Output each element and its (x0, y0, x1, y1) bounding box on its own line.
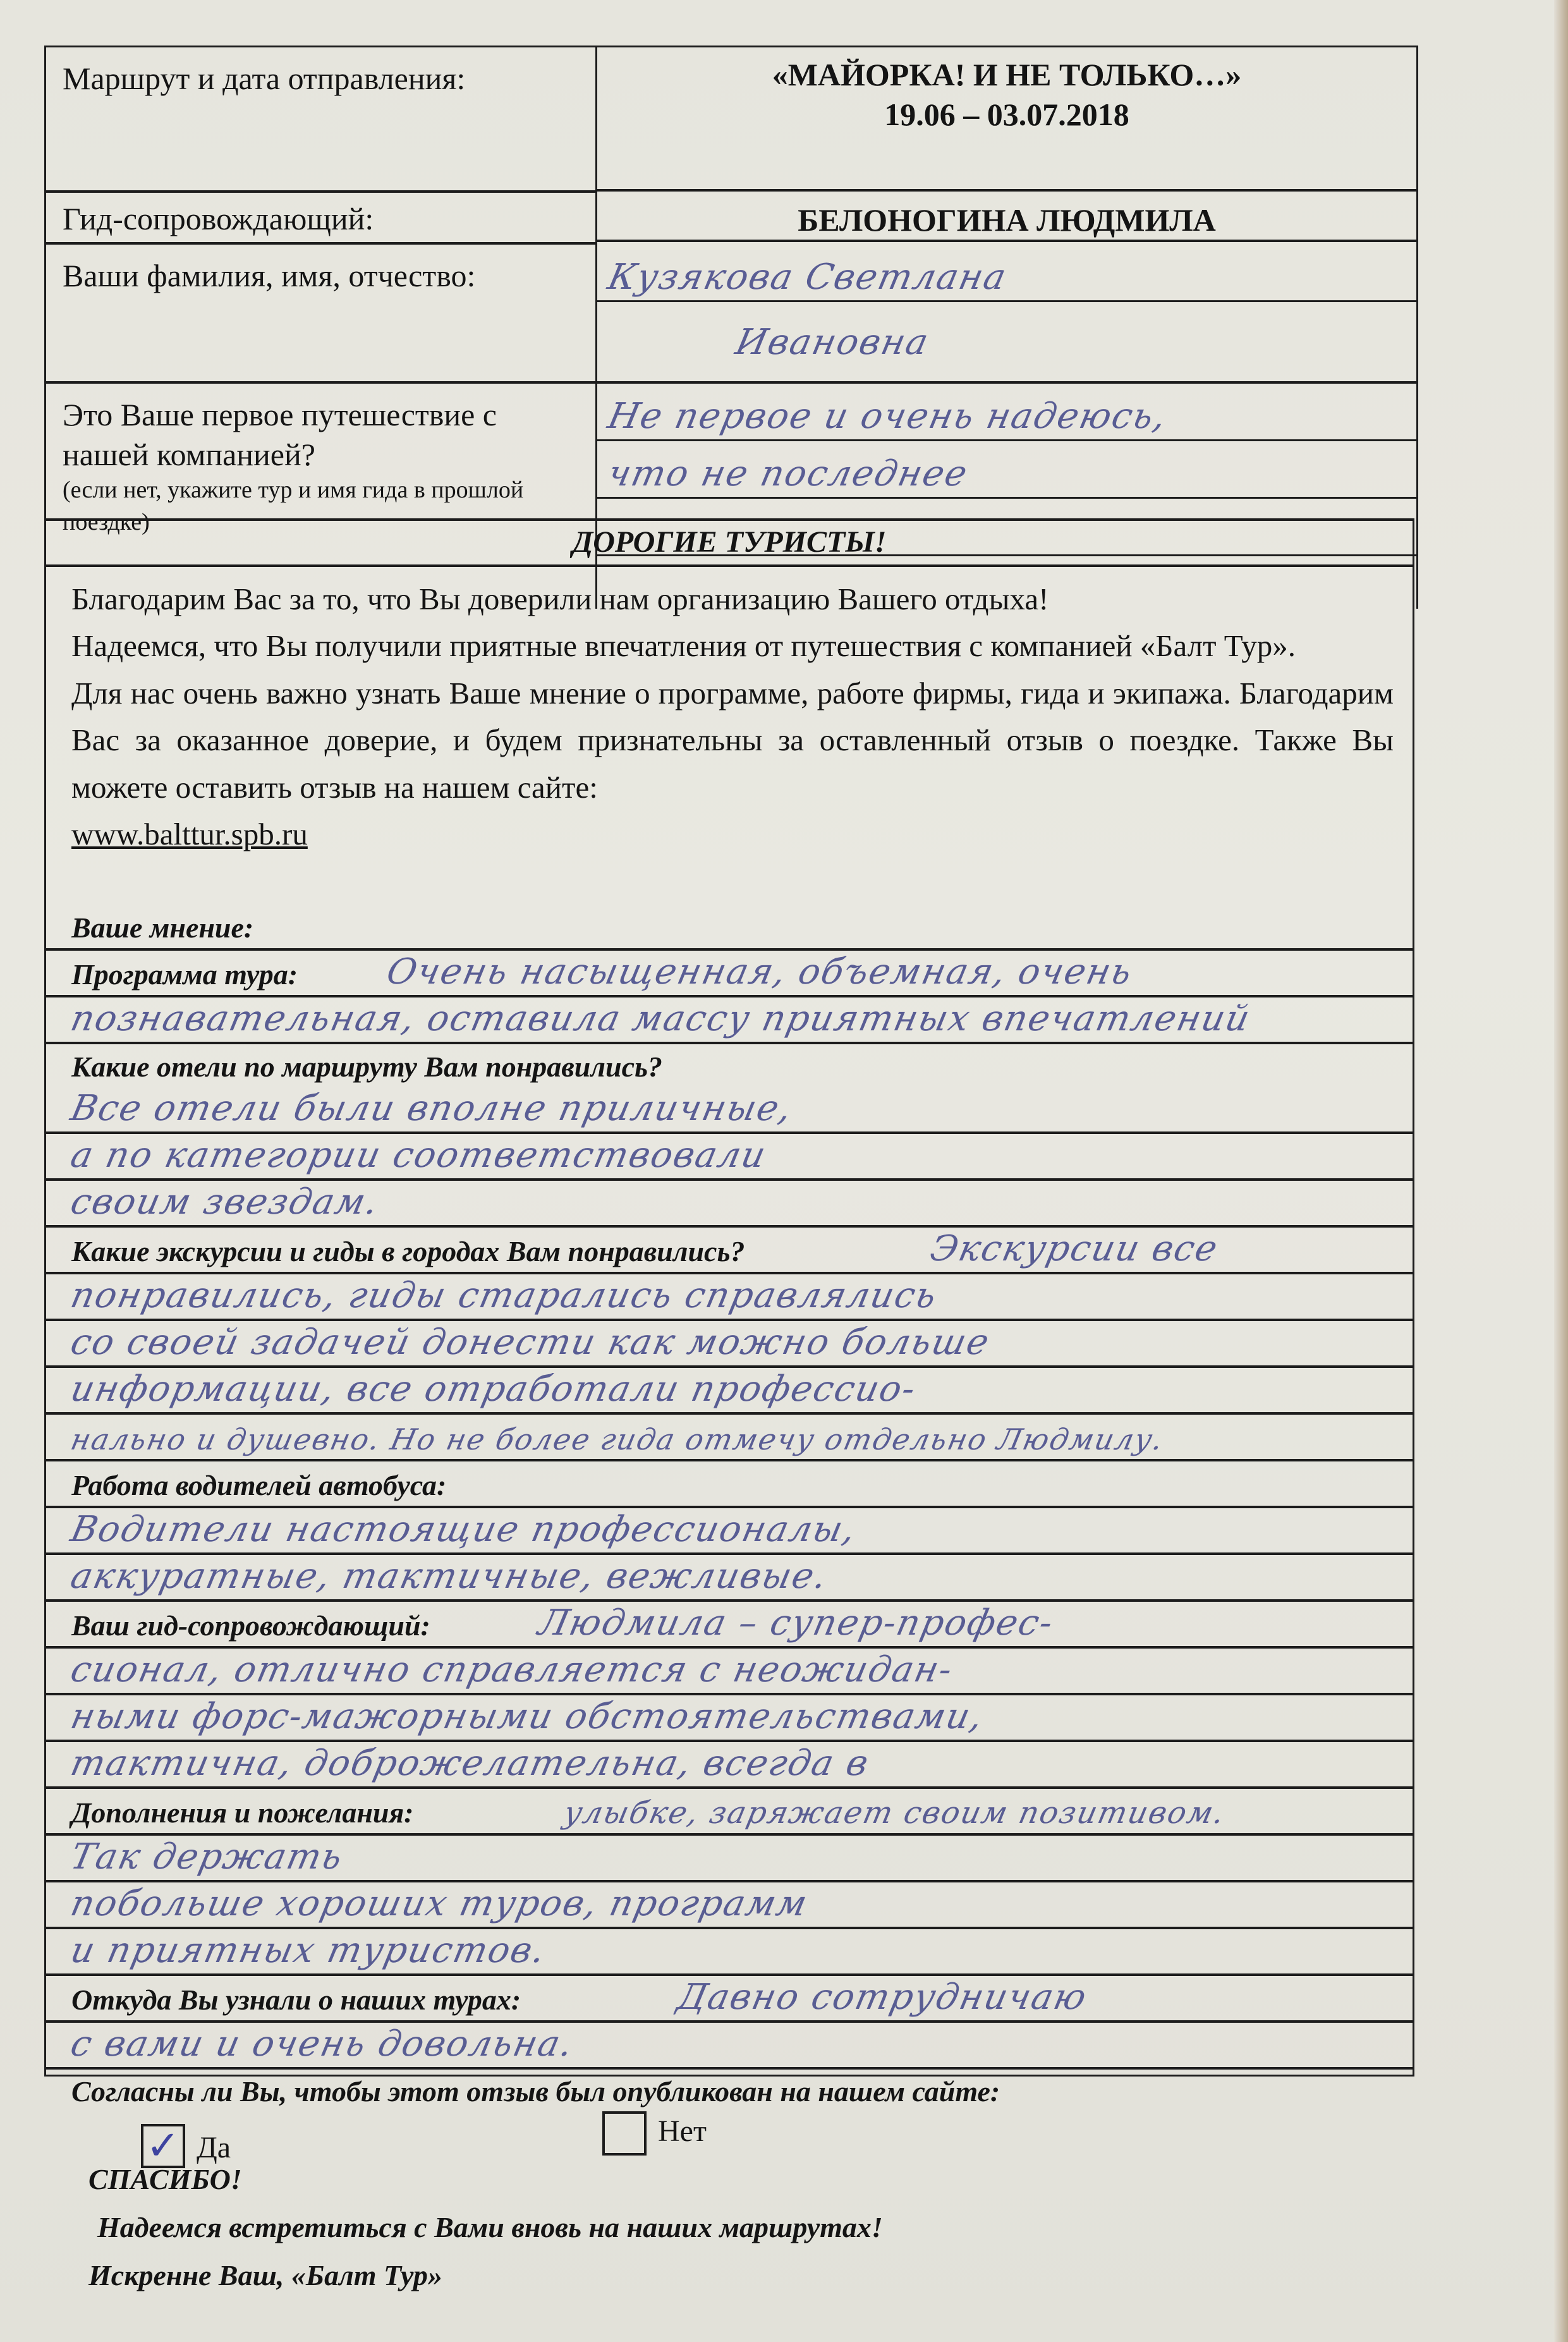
consent-label: Согласны ли Вы, чтобы этот отзыв был опу… (46, 2075, 1000, 2108)
first-trip-label: Это Ваше первое путешествие с нашей комп… (63, 395, 579, 474)
first-trip-line: что не последнее (597, 441, 1416, 499)
excursions-row[interactable]: Какие экскурсии и гиды в городах Вам пон… (46, 1228, 1413, 1274)
paper-edge (1554, 0, 1568, 2342)
excursions-row[interactable]: со своей задачей донести как можно больш… (46, 1321, 1413, 1368)
additions-answer: побольше хороших туров, программ (67, 1883, 811, 1924)
route-dates: 19.06 – 03.07.2018 (604, 95, 1410, 135)
name-field[interactable]: Кузякова Светлана Ивановна (597, 245, 1416, 384)
opinion-heading-row: Ваше мнение: (46, 903, 1413, 951)
hotels-label: Какие отели по маршруту Вам понравились? (46, 1050, 662, 1083)
first-trip-handwriting: Не первое и очень надеюсь, (604, 396, 1171, 437)
route-value: «МАЙОРКА! И НЕ ТОЛЬКО…» 19.06 – 03.07.20… (597, 47, 1416, 192)
intro-p1: Благодарим Вас за то, что Вы доверили на… (71, 576, 1394, 623)
intro-p2: Надеемся, что Вы получили приятные впеча… (71, 623, 1394, 669)
program-row[interactable]: познавательная, оставила массу приятных … (46, 997, 1413, 1044)
guide-name: БЕЛОНОГИНА ЛЮДМИЛА (597, 193, 1416, 242)
route-name: «МАЙОРКА! И НЕ ТОЛЬКО…» (604, 55, 1410, 95)
opinion-heading: Ваше мнение: (46, 911, 253, 944)
guide-answer: Людмила – супер-профес- (535, 1602, 1057, 1644)
additions-row[interactable]: Дополнения и пожелания: улыбке, заряжает… (46, 1789, 1413, 1836)
hotels-row[interactable]: Все отели были вполне приличные, (46, 1087, 1413, 1134)
hotels-answer: своим звездам. (67, 1181, 383, 1223)
hotels-row[interactable]: а по категории соответствовали (46, 1134, 1413, 1181)
drivers-answer: Водители настоящие профессионалы, (67, 1509, 860, 1550)
source-answer: с вами и очень довольна. (67, 2023, 578, 2064)
name-label: Ваши фамилия, имя, отчество: (46, 245, 597, 384)
thanks-text: СПАСИБО! (88, 2156, 883, 2204)
program-answer: Очень насыщенная, объемная, очень (383, 951, 1136, 992)
additions-row[interactable]: Так держать (46, 1836, 1413, 1882)
intro-text: Благодарим Вас за то, что Вы доверили на… (46, 567, 1413, 858)
excursions-row[interactable]: информации, все отработали профессио- (46, 1368, 1413, 1415)
additions-row[interactable]: побольше хороших туров, программ (46, 1882, 1413, 1929)
first-trip-line: Не первое и очень надеюсь, (597, 384, 1416, 441)
consent-no-checkbox[interactable] (602, 2111, 647, 2156)
guide-answer: тактична, доброжелательна, всегда в (67, 1743, 873, 1784)
greeting-heading: ДОРОГИЕ ТУРИСТЫ! (46, 518, 1413, 567)
guide-answer: улыбке, заряжает своим позитивом. (561, 1795, 1229, 1831)
guide-row[interactable]: тактична, доброжелательна, всегда в (46, 1742, 1413, 1789)
source-row[interactable]: с вами и очень довольна. (46, 2023, 1413, 2070)
excursions-answer: информации, все отработали профессио- (67, 1369, 920, 1410)
drivers-row[interactable]: аккуратные, тактичные, вежливые. (46, 1555, 1413, 1602)
name-handwriting: Кузякова Светлана (604, 257, 1011, 298)
guide-label: Гид-сопровождающий: (46, 193, 597, 245)
hope-text: Надеемся встретиться с Вами вновь на наш… (88, 2204, 883, 2252)
first-trip-handwriting: что не последнее (604, 453, 972, 494)
name-handwriting: Ивановна (732, 322, 933, 363)
feedback-body: ДОРОГИЕ ТУРИСТЫ! Благодарим Вас за то, ч… (44, 518, 1414, 2077)
consent-no-label: Нет (658, 2114, 707, 2149)
excursions-answer: Экскурсии все (927, 1228, 1222, 1269)
name-line: Ивановна (597, 302, 1416, 365)
guide-row[interactable]: ными форс-мажорными обстоятельствами, (46, 1695, 1413, 1742)
source-label: Откуда Вы узнали о наших турах: (46, 1983, 521, 2016)
hotels-answer: Все отели были вполне приличные, (67, 1088, 796, 1129)
source-row[interactable]: Откуда Вы узнали о наших турах: Давно со… (46, 1976, 1413, 2023)
program-answer: познавательная, оставила массу приятных … (67, 998, 1255, 1039)
drivers-answer: аккуратные, тактичные, вежливые. (67, 1556, 832, 1597)
hotels-row[interactable]: своим звездам. (46, 1181, 1413, 1228)
additions-answer: Так держать (67, 1836, 347, 1877)
website-link[interactable]: www.balttur.spb.ru (71, 817, 308, 851)
excursions-label: Какие экскурсии и гиды в городах Вам пон… (46, 1235, 745, 1268)
drivers-label-row: Работа водителей автобуса: (46, 1461, 1413, 1508)
additions-row[interactable]: и приятных туристов. (46, 1929, 1413, 1976)
signature-text: Искренне Ваш, «Балт Тур» (88, 2252, 883, 2300)
route-label: Маршрут и дата отправления: (46, 47, 597, 193)
hotels-label-row: Какие отели по маршруту Вам понравились? (46, 1044, 1413, 1087)
hotels-answer: а по категории соответствовали (67, 1135, 770, 1176)
excursions-answer: со своей задачей донести как можно больш… (67, 1322, 994, 1363)
program-row[interactable]: Программа тура: Очень насыщенная, объемн… (46, 951, 1413, 997)
name-line: Кузякова Светлана (597, 245, 1416, 302)
additions-answer: и приятных туристов. (67, 1930, 550, 1971)
opinion-section: Ваше мнение: Программа тура: Очень насыщ… (46, 903, 1413, 2171)
guide-row[interactable]: сионал, отлично справляется с неожидан- (46, 1649, 1413, 1695)
excursions-row[interactable]: нально и душевно. Но не более гида отмеч… (46, 1415, 1413, 1461)
closing-note: СПАСИБО! Надеемся встретиться с Вами вно… (88, 2156, 883, 2300)
program-label: Программа тура: (46, 958, 298, 991)
guide-row[interactable]: Ваш гид-сопровождающий: Людмила – супер-… (46, 1602, 1413, 1649)
drivers-label: Работа водителей автобуса: (46, 1468, 446, 1502)
guide-answer: ными форс-мажорными обстоятельствами, (67, 1696, 987, 1737)
guide-feedback-label: Ваш гид-сопровождающий: (46, 1609, 430, 1642)
source-answer: Давно сотрудничаю (674, 1977, 1091, 2018)
additions-label: Дополнения и пожелания: (46, 1796, 413, 1829)
excursions-row[interactable]: понравились, гиды старались справлялись (46, 1274, 1413, 1321)
intro-p3: Для нас очень важно узнать Ваше мнение о… (71, 670, 1394, 811)
excursions-answer: понравились, гиды старались справлялись (67, 1275, 941, 1316)
guide-answer: сионал, отлично справляется с неожидан- (67, 1649, 957, 1690)
drivers-row[interactable]: Водители настоящие профессионалы, (46, 1508, 1413, 1555)
excursions-answer: нально и душевно. Но не более гида отмеч… (68, 1422, 1167, 1456)
